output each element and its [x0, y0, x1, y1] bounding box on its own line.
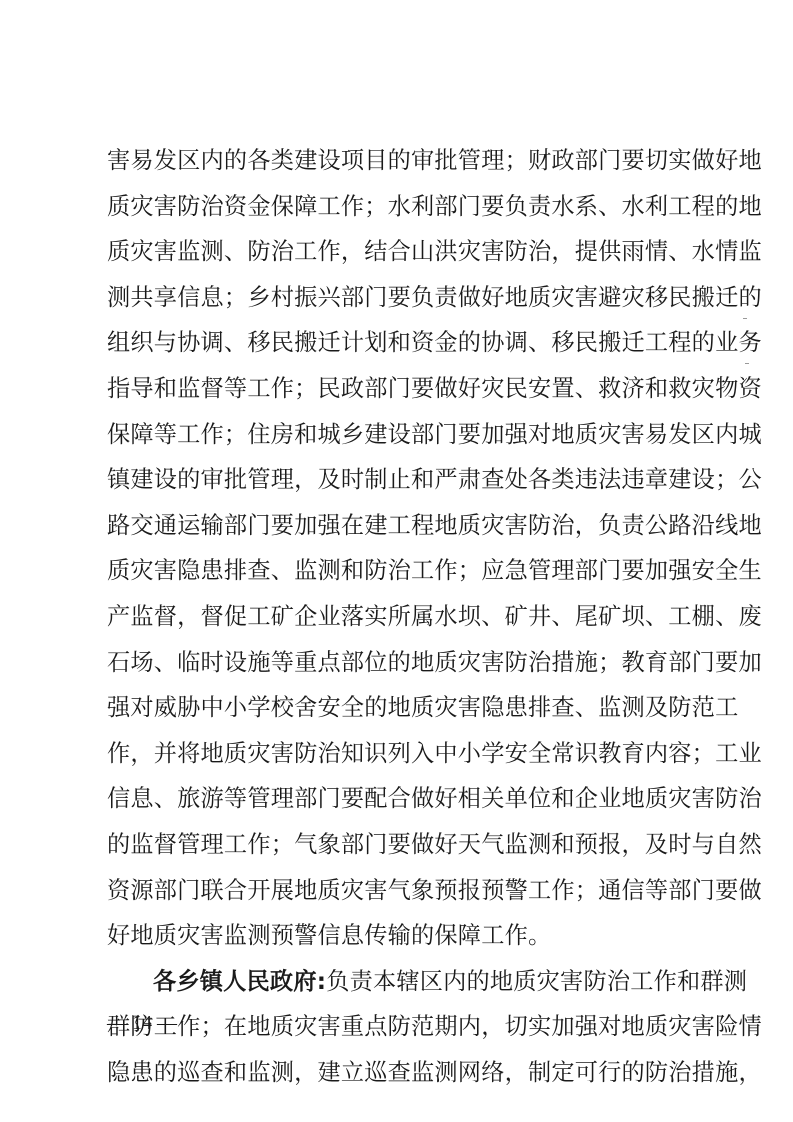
section-first-line: 各乡镇人民政府:负责本辖区内的地质灾害防治工作和群测 — [107, 959, 713, 1005]
text-line: 路交通运输部门要加强在建工程地质灾害防治，负责公路沿线地 — [107, 503, 713, 549]
text-line: 质灾害隐患排查、监测和防治工作；应急管理部门要加强安全生 — [107, 548, 713, 594]
text-line: 好地质灾害监测预警信息传输的保障工作。 — [107, 913, 713, 959]
text-line: 指导和监督等工作；民政部门要做好灾民安置、救济和救灾物资 — [107, 366, 713, 412]
text-line: 测共享信息；乡村振兴部门要负责做好地质灾害避灾移民搬迁的 — [107, 275, 713, 321]
text-line: 组织与协调、移民搬迁计划和资金的协调、移民搬迁工程的业务 — [107, 320, 713, 366]
text-line: 群防工作；在地质灾害重点防范期内，切实加强对地质灾害险情 — [107, 1004, 713, 1050]
text-line: 强对威胁中小学校舍安全的地质灾害隐患排查、监测及防范工 — [107, 685, 713, 731]
section-text: 负责本辖区内的地质灾害防治工作和群测 — [326, 968, 747, 995]
document-body: 害易发区内的各类建设项目的审批管理；财政部门要切实做好地 质灾害防治资金保障工作… — [107, 138, 713, 1095]
section-heading: 各乡镇人民政府: — [153, 968, 326, 995]
text-line: 作，并将地质灾害防治知识列入中小学安全常识教育内容；工业 — [107, 731, 713, 777]
page-number: — 14 — — [107, 1012, 177, 1035]
text-line: 害易发区内的各类建设项目的审批管理；财政部门要切实做好地 — [107, 138, 713, 184]
text-line: 质灾害监测、防治工作，结合山洪灾害防治，提供雨情、水情监 — [107, 229, 713, 275]
text-line: 信息、旅游等管理部门要配合做好相关单位和企业地质灾害防治 — [107, 776, 713, 822]
scan-speck — [743, 318, 747, 319]
text-line: 的监督管理工作；气象部门要做好天气监测和预报，及时与自然 — [107, 822, 713, 868]
text-line: 镇建设的审批管理，及时制止和严肃查处各类违法违章建设；公 — [107, 457, 713, 503]
text-line: 质灾害防治资金保障工作；水利部门要负责水系、水利工程的地 — [107, 184, 713, 230]
text-line: 产监督，督促工矿企业落实所属水坝、矿井、尾矿坝、工棚、废 — [107, 594, 713, 640]
scan-speck — [745, 363, 749, 364]
text-line: 石场、临时设施等重点部位的地质灾害防治措施；教育部门要加 — [107, 640, 713, 686]
text-line: 隐患的巡查和监测，建立巡查监测网络，制定可行的防治措施， — [107, 1050, 713, 1096]
text-line: 保障等工作；住房和城乡建设部门要加强对地质灾害易发区内城 — [107, 412, 713, 458]
text-line: 资源部门联合开展地质灾害气象预报预警工作；通信等部门要做 — [107, 868, 713, 914]
